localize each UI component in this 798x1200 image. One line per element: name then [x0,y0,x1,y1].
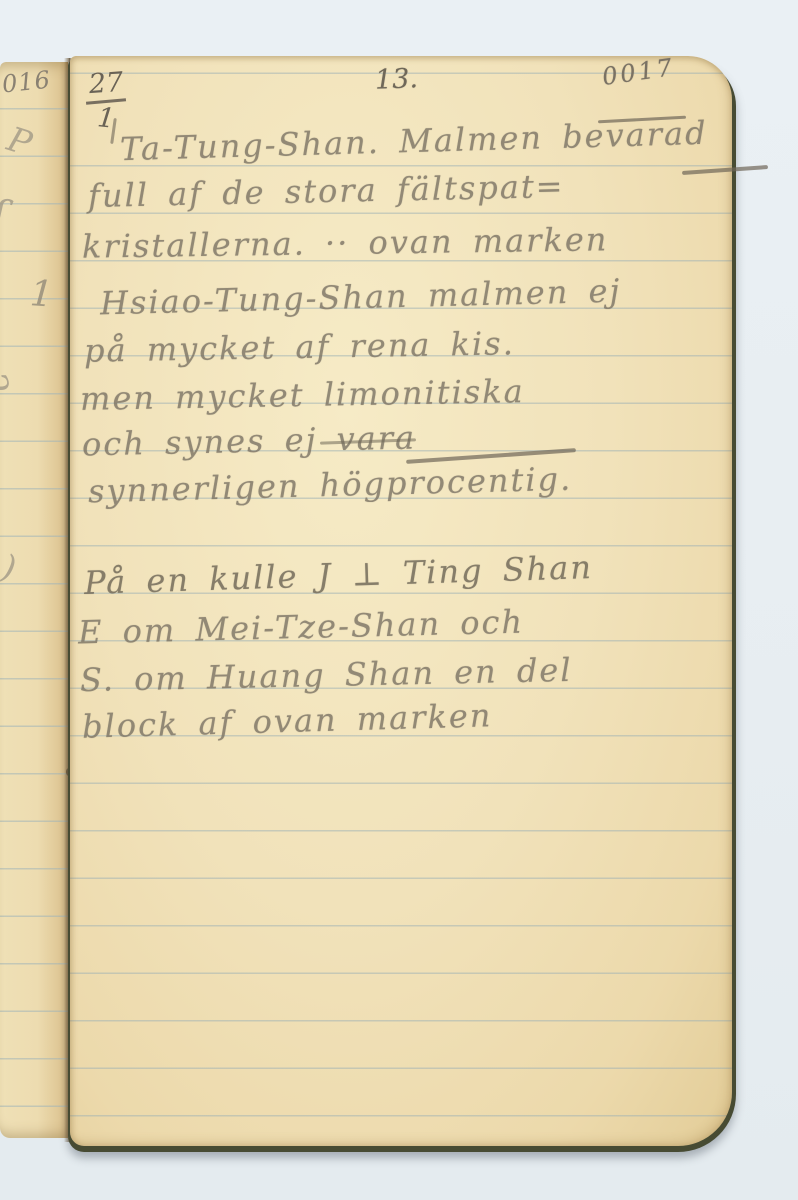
paragraph-1-line-3: kristallerna. ·· ovan marken [82,220,609,265]
page-number: 13. [374,63,418,95]
previous-scan-number: 016 [1,66,52,99]
paragraph-3-line-4: block af ovan marken [82,696,493,745]
scan-number: 0017 [600,53,676,91]
notebook-page: 27 1 13. 0017 Ta-Tung-Shan. Malmen bevar… [70,56,732,1146]
paragraph-2-line-2: på mycket af rena kis. [84,324,515,370]
previous-page-text-fragment: P [2,119,36,164]
previous-page-text-fragment: ʃ [0,191,9,238]
paragraph-2-line-5: synnerligen högprocentig. [88,460,573,511]
paragraph-2-line-3: men mycket limonitiska [80,372,525,418]
previous-page-text-fragment: 1 [29,273,55,315]
paragraph-3-line-3: S. om Huang Shan en del [80,651,573,699]
paragraph-3-line-2: E om Mei-Tze-Shan och [78,603,525,652]
date-numerator: 27 [83,67,129,101]
date-annotation: 27 1 [84,68,128,134]
previous-page-text-fragment: ) [0,547,20,589]
previous-page-edge: 016 P ʃ 1 ) ᴐ [0,62,68,1138]
scan-background: 016 P ʃ 1 ) ᴐ 27 1 13. 0017 Ta-Tung-Shan… [0,0,798,1200]
pencil-stroke [682,165,768,174]
paragraph-1-line-2: full af de stora fältspat= [88,167,565,215]
paragraph-2-line-1: Hsiao-Tung-Shan malmen ej [100,272,622,323]
previous-page-text-fragment: ᴐ [0,369,23,395]
paragraph-3-line-1: På en kulle J ⊥ Ting Shan [84,548,594,602]
